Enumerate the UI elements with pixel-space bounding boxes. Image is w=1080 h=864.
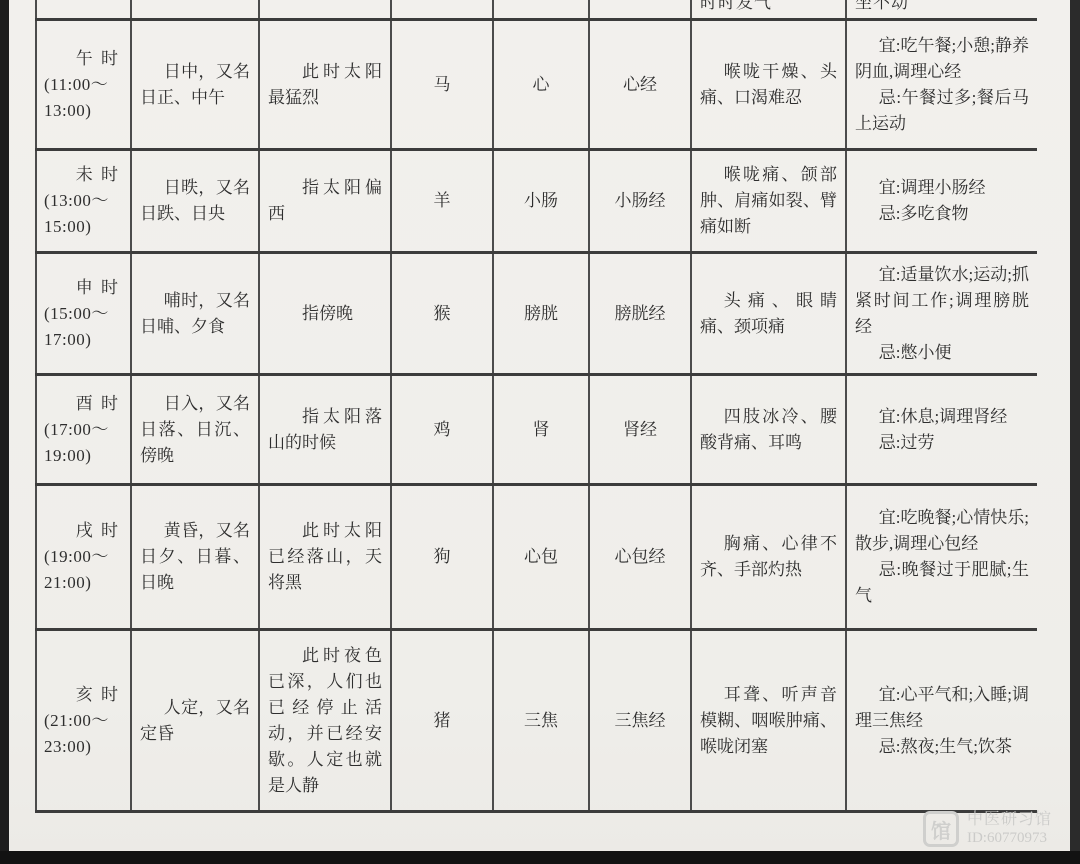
cell-symptoms: 四肢冰冷、腰酸背痛、耳鸣 xyxy=(690,376,845,483)
cell-organ: 小肠 xyxy=(492,151,588,251)
symptoms-text: 耳聋、听声音模糊、咽喉肿痛、喉咙闭塞 xyxy=(692,682,845,760)
animal-text: 鸡 xyxy=(392,417,492,443)
animal-text: 猴 xyxy=(392,301,492,327)
organ-text: 小肠 xyxy=(494,188,588,214)
advice-yi: 宜:吃晚餐;心情快乐;散步,调理心包经 xyxy=(855,505,1029,557)
cell-alias: 日昳，又名日跌、日央 xyxy=(130,151,258,251)
cell-description: 指太阳偏西 xyxy=(258,151,390,251)
period-name: 酉 时 xyxy=(37,391,130,417)
period-time: (17:00～ 19:00) xyxy=(37,417,130,469)
table-row: 酉 时 (17:00～ 19:00) 日入，又名日落、日沉、傍晚 指太阳落山的时… xyxy=(35,373,1037,483)
cell-symptoms: 时时发气 xyxy=(690,0,845,18)
description-text: 此时太阳已经落山，天将黑 xyxy=(260,518,390,596)
cell-alias: 人定，又名定昏 xyxy=(130,631,258,810)
table-row-partial: 时时发气 坐不动 xyxy=(35,0,1037,18)
animal-text: 狗 xyxy=(392,544,492,570)
alias-text: 哺时，又名日哺、夕食 xyxy=(132,288,258,340)
table-row: 午 时 (11:00～ 13:00) 日中，又名日正、中午 此时太阳最猛烈 马 … xyxy=(35,18,1037,148)
cell-description: 此时太阳最猛烈 xyxy=(258,21,390,148)
cell-organ: 肾 xyxy=(492,376,588,483)
cell-alias: 哺时，又名日哺、夕食 xyxy=(130,254,258,373)
alias-text: 日昳，又名日跌、日央 xyxy=(132,175,258,227)
table-row: 戌 时 (19:00～ 21:00) 黄昏，又名日夕、日暮、日晚 此时太阳已经落… xyxy=(35,483,1037,628)
symptoms-text: 头痛、眼睛痛、颈项痛 xyxy=(692,288,845,340)
meridian-text: 心经 xyxy=(590,72,690,98)
cell-meridian: 三焦经 xyxy=(588,631,690,810)
advice-yi: 宜:吃午餐;小憩;静养阴血,调理心经 xyxy=(855,33,1029,85)
description-text: 此时夜色已深，人们也已经停止活动，并已经安歇。人定也就是人静 xyxy=(260,643,390,799)
scan-edge-bottom xyxy=(0,851,1080,864)
cell-organ: 膀胱 xyxy=(492,254,588,373)
symptoms-text: 喉咙干燥、头痛、口渴难忍 xyxy=(692,59,845,111)
advice-ji: 忌:熬夜;生气;饮茶 xyxy=(855,734,1029,760)
description-text: 指傍晚 xyxy=(260,301,390,327)
advice-ji: 忌:晚餐过于肥腻;生气 xyxy=(855,557,1029,609)
cell-animal: 猪 xyxy=(390,631,492,810)
watermark-logo-icon: 馆 xyxy=(923,811,959,847)
cell-animal: 马 xyxy=(390,21,492,148)
cell-meridian: 心经 xyxy=(588,21,690,148)
description-text: 此时太阳最猛烈 xyxy=(260,59,390,111)
cell-period: 亥 时 (21:00～ 23:00) xyxy=(35,631,130,810)
cell-animal: 猴 xyxy=(390,254,492,373)
alias-text: 日入，又名日落、日沉、傍晚 xyxy=(132,391,258,469)
cell-organ: 心包 xyxy=(492,486,588,628)
meridian-text: 肾经 xyxy=(590,417,690,443)
advice-ji: 忌:过劳 xyxy=(855,430,1029,456)
cell-alias xyxy=(130,0,258,18)
period-name: 未 时 xyxy=(37,162,130,188)
watermark: 馆 中医研习馆 ID:60770973 xyxy=(923,810,1052,848)
period-time: (19:00～ 21:00) xyxy=(37,544,130,596)
watermark-title: 中医研习馆 xyxy=(967,810,1052,829)
meridian-text: 小肠经 xyxy=(590,188,690,214)
animal-text: 羊 xyxy=(392,188,492,214)
period-time: (21:00～ 23:00) xyxy=(37,708,130,760)
period-time: (11:00～ 13:00) xyxy=(37,72,130,124)
organ-text: 心 xyxy=(494,72,588,98)
table-row: 申 时 (15:00～ 17:00) 哺时，又名日哺、夕食 指傍晚 猴 膀胱 膀… xyxy=(35,251,1037,373)
cell-organ: 三焦 xyxy=(492,631,588,810)
cell-advice: 宜:休息;调理肾经 忌:过劳 xyxy=(845,376,1037,483)
cell-advice: 宜:调理小肠经 忌:多吃食物 xyxy=(845,151,1037,251)
cell-animal: 狗 xyxy=(390,486,492,628)
advice-ji: 忌:多吃食物 xyxy=(855,201,1029,227)
scan-edge-right xyxy=(1070,0,1080,864)
cell-description xyxy=(258,0,390,18)
period-name: 申 时 xyxy=(37,275,130,301)
cell-alias: 日中，又名日正、中午 xyxy=(130,21,258,148)
meridian-text: 三焦经 xyxy=(590,708,690,734)
symptoms-text: 喉咙痛、颌部肿、肩痛如裂、臂痛如断 xyxy=(692,162,845,240)
advice-fragment: 坐不动 xyxy=(847,0,1037,18)
cell-period: 午 时 (11:00～ 13:00) xyxy=(35,21,130,148)
cell-animal: 鸡 xyxy=(390,376,492,483)
period-time: (13:00～ 15:00) xyxy=(37,188,130,240)
table-row: 未 时 (13:00～ 15:00) 日昳，又名日跌、日央 指太阳偏西 羊 小肠… xyxy=(35,148,1037,251)
advice-yi: 宜:适量饮水;运动;抓紧时间工作;调理膀胱经 xyxy=(855,262,1029,340)
cell-meridian: 小肠经 xyxy=(588,151,690,251)
cell-meridian: 膀胱经 xyxy=(588,254,690,373)
cell-description: 指傍晚 xyxy=(258,254,390,373)
cell-symptoms: 头痛、眼睛痛、颈项痛 xyxy=(690,254,845,373)
cell-alias: 日入，又名日落、日沉、傍晚 xyxy=(130,376,258,483)
cell-organ xyxy=(492,0,588,18)
meridian-text: 膀胱经 xyxy=(590,301,690,327)
advice-yi: 宜:休息;调理肾经 xyxy=(855,404,1029,430)
period-time: (15:00～ 17:00) xyxy=(37,301,130,353)
symptoms-fragment: 时时发气 xyxy=(692,0,845,18)
alias-text: 黄昏，又名日夕、日暮、日晚 xyxy=(132,518,258,596)
cell-description: 此时夜色已深，人们也已经停止活动，并已经安歇。人定也就是人静 xyxy=(258,631,390,810)
period-name: 亥 时 xyxy=(37,682,130,708)
advice-ji: 忌:午餐过多;餐后马上运动 xyxy=(855,85,1029,137)
cell-period xyxy=(35,0,130,18)
cell-description: 指太阳落山的时候 xyxy=(258,376,390,483)
meridian-text: 心包经 xyxy=(590,544,690,570)
cell-advice: 宜:心平气和;入睡;调理三焦经 忌:熬夜;生气;饮茶 xyxy=(845,631,1037,810)
cell-alias: 黄昏，又名日夕、日暮、日晚 xyxy=(130,486,258,628)
symptoms-text: 四肢冰冷、腰酸背痛、耳鸣 xyxy=(692,404,845,456)
cell-advice: 坐不动 xyxy=(845,0,1037,18)
symptoms-text: 胸痛、心律不齐、手部灼热 xyxy=(692,531,845,583)
cell-meridian: 心包经 xyxy=(588,486,690,628)
cell-description: 此时太阳已经落山，天将黑 xyxy=(258,486,390,628)
cell-period: 酉 时 (17:00～ 19:00) xyxy=(35,376,130,483)
cell-symptoms: 喉咙干燥、头痛、口渴难忍 xyxy=(690,21,845,148)
organ-text: 三焦 xyxy=(494,708,588,734)
organ-text: 肾 xyxy=(494,417,588,443)
period-name: 戌 时 xyxy=(37,518,130,544)
advice-ji: 忌:憋小便 xyxy=(855,340,1029,366)
period-name: 午 时 xyxy=(37,46,130,72)
animal-text: 猪 xyxy=(392,708,492,734)
organ-text: 心包 xyxy=(494,544,588,570)
cell-organ: 心 xyxy=(492,21,588,148)
cell-advice: 宜:适量饮水;运动;抓紧时间工作;调理膀胱经 忌:憋小便 xyxy=(845,254,1037,373)
cell-symptoms: 喉咙痛、颌部肿、肩痛如裂、臂痛如断 xyxy=(690,151,845,251)
description-text: 指太阳偏西 xyxy=(260,175,390,227)
cell-advice: 宜:吃晚餐;心情快乐;散步,调理心包经 忌:晚餐过于肥腻;生气 xyxy=(845,486,1037,628)
alias-text: 日中，又名日正、中午 xyxy=(132,59,258,111)
watermark-id: ID:60770973 xyxy=(967,829,1052,848)
cell-meridian xyxy=(588,0,690,18)
shichen-meridian-table: 时时发气 坐不动 午 时 (11:00～ 13:00) 日中，又名日正、中午 此… xyxy=(35,0,1037,813)
cell-symptoms: 耳聋、听声音模糊、咽喉肿痛、喉咙闭塞 xyxy=(690,631,845,810)
cell-period: 未 时 (13:00～ 15:00) xyxy=(35,151,130,251)
cell-animal xyxy=(390,0,492,18)
watermark-text: 中医研习馆 ID:60770973 xyxy=(967,810,1052,848)
cell-symptoms: 胸痛、心律不齐、手部灼热 xyxy=(690,486,845,628)
scanned-page: 时时发气 坐不动 午 时 (11:00～ 13:00) 日中，又名日正、中午 此… xyxy=(0,0,1080,864)
scan-edge-left xyxy=(0,0,9,864)
animal-text: 马 xyxy=(392,72,492,98)
advice-yi: 宜:调理小肠经 xyxy=(855,175,1029,201)
alias-text: 人定，又名定昏 xyxy=(132,695,258,747)
table-row: 亥 时 (21:00～ 23:00) 人定，又名定昏 此时夜色已深，人们也已经停… xyxy=(35,628,1037,810)
advice-yi: 宜:心平气和;入睡;调理三焦经 xyxy=(855,682,1029,734)
cell-meridian: 肾经 xyxy=(588,376,690,483)
cell-period: 戌 时 (19:00～ 21:00) xyxy=(35,486,130,628)
description-text: 指太阳落山的时候 xyxy=(260,404,390,456)
cell-advice: 宜:吃午餐;小憩;静养阴血,调理心经 忌:午餐过多;餐后马上运动 xyxy=(845,21,1037,148)
cell-animal: 羊 xyxy=(390,151,492,251)
cell-period: 申 时 (15:00～ 17:00) xyxy=(35,254,130,373)
organ-text: 膀胱 xyxy=(494,301,588,327)
